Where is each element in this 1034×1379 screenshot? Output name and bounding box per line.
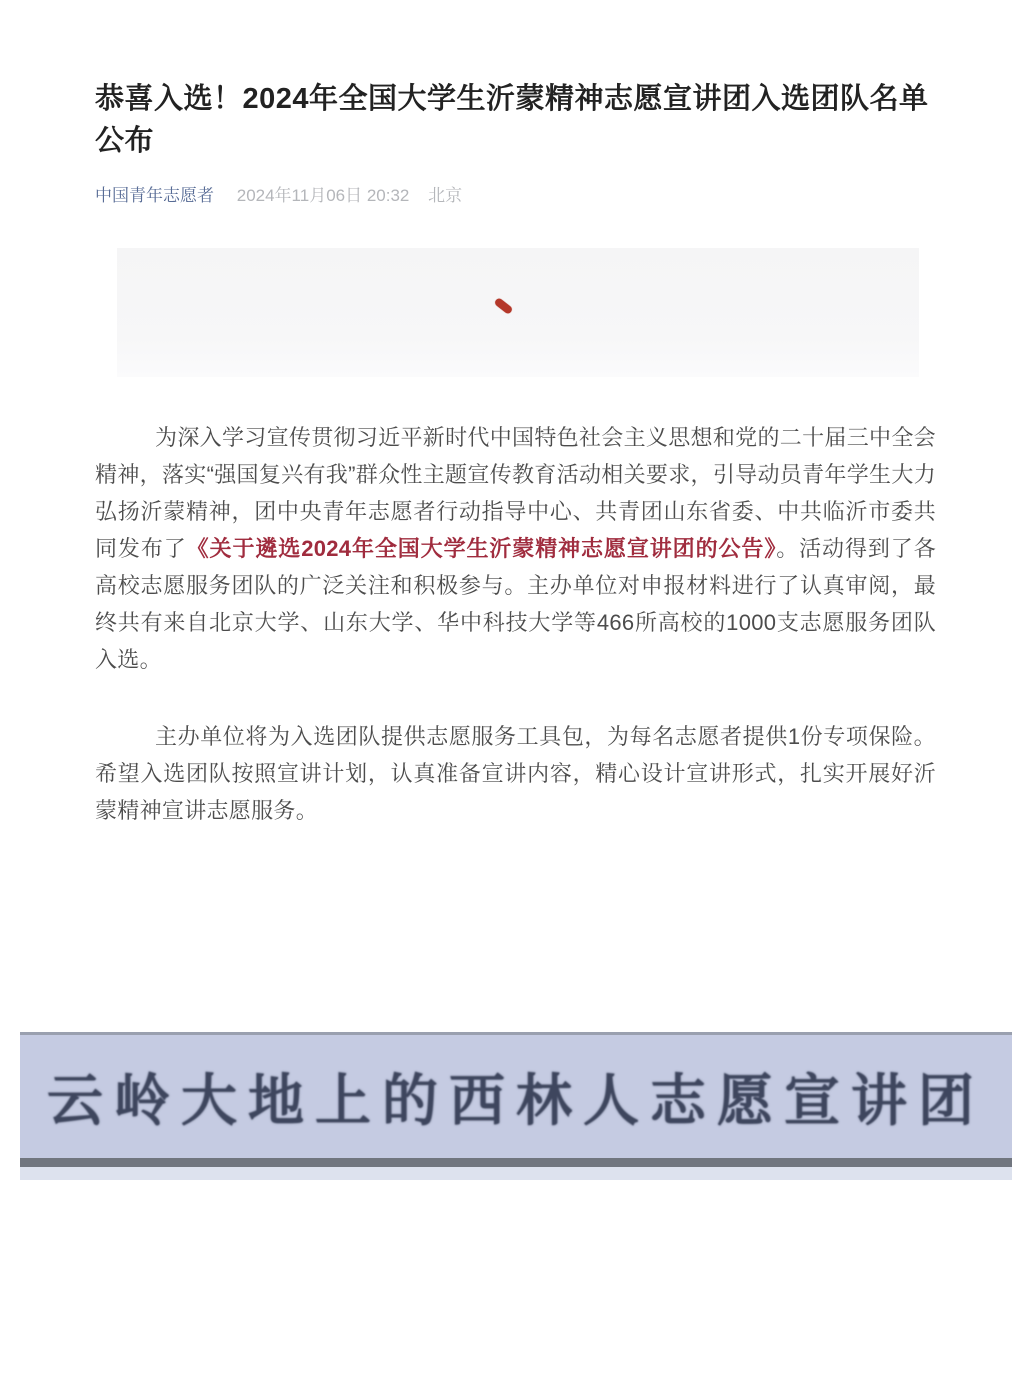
announcement-link[interactable]: 《关于遴选2024年全国大学生沂蒙精神志愿宣讲团的公告》 — [187, 536, 777, 561]
red-brush-mark — [494, 297, 514, 315]
publish-datetime: 2024年11月06日 20:32 — [237, 186, 410, 205]
article-page: 恭喜入选！2024年全国大学生沂蒙精神志愿宣讲团入选团队名单公布 中国青年志愿者… — [0, 0, 1034, 1379]
hero-image[interactable] — [117, 248, 919, 377]
banner-image-main: 云岭大地上的西林人志愿宣讲团 — [20, 1032, 1012, 1158]
article-title: 恭喜入选！2024年全国大学生沂蒙精神志愿宣讲团入选团队名单公布 — [95, 78, 935, 162]
article-content: 恭喜入选！2024年全国大学生沂蒙精神志愿宣讲团入选团队名单公布 中国青年志愿者… — [0, 0, 1034, 829]
publish-location: 北京 — [428, 186, 462, 205]
banner-bottom-strip — [20, 1167, 1012, 1180]
paragraph-1: 为深入学习宣传贯彻习近平新时代中国特色社会主义思想和党的二十届三中全会精神，落实… — [95, 419, 936, 678]
paragraph-2: 主办单位将为入选团队提供志愿服务工具包，为每名志愿者提供1份专项保险。希望入选团… — [95, 718, 936, 829]
byline: 中国青年志愿者 2024年11月06日 20:32 北京 — [95, 181, 935, 206]
banner-image-text: 云岭大地上的西林人志愿宣讲团 — [47, 1057, 985, 1137]
banner-image[interactable]: 云岭大地上的西林人志愿宣讲团 — [20, 1032, 1012, 1180]
account-name-link[interactable]: 中国青年志愿者 — [95, 186, 214, 205]
banner-bottom-border — [20, 1158, 1012, 1167]
